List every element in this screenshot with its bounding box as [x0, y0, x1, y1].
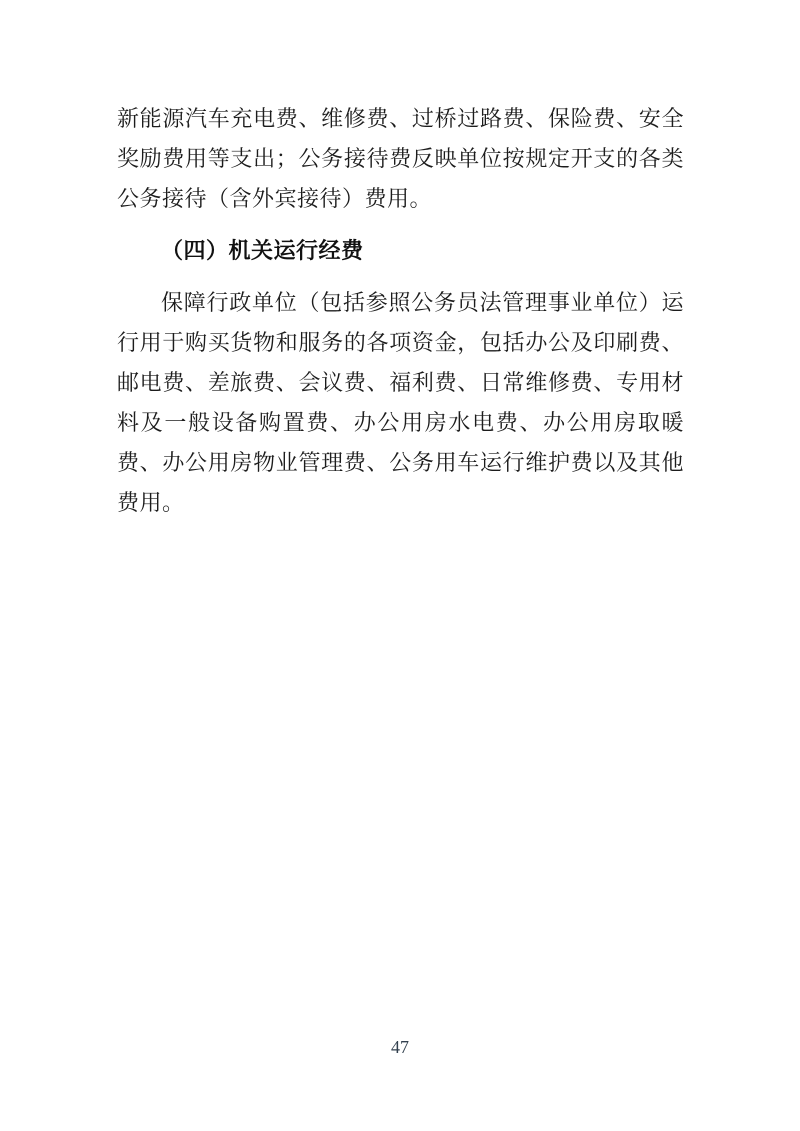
- paragraph-vehicle-and-reception-fees: 新能源汽车充电费、维修费、过桥过路费、保险费、安全奖励费用等支出；公务接待费反映…: [117, 99, 684, 219]
- paragraph-agency-operating-funds-description: 保障行政单位（包括参照公务员法管理事业单位）运行用于购买货物和服务的各项资金，包…: [117, 283, 684, 523]
- section-heading-agency-operating-funds: （四）机关运行经费: [117, 231, 684, 271]
- page-footer: 47: [0, 1036, 800, 1058]
- document-page: 新能源汽车充电费、维修费、过桥过路费、保险费、安全奖励费用等支出；公务接待费反映…: [0, 0, 800, 1131]
- page-number: 47: [391, 1037, 409, 1057]
- page-content: 新能源汽车充电费、维修费、过桥过路费、保险费、安全奖励费用等支出；公务接待费反映…: [117, 99, 684, 523]
